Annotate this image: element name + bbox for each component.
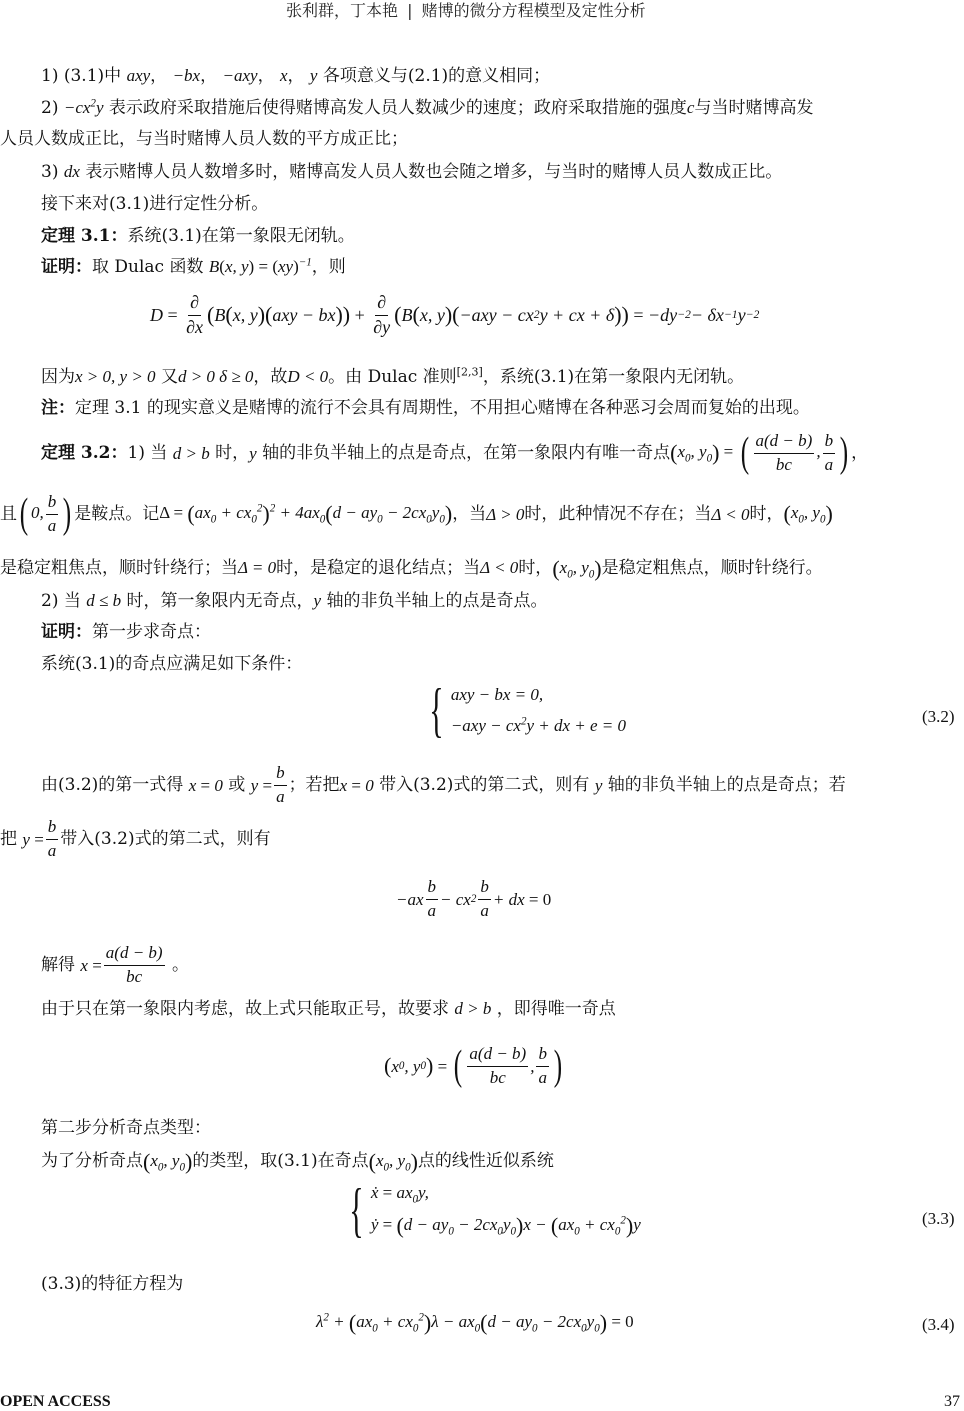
since-line: 由于只在第一象限内考虑，故上式只能取正号，故要求 d > b ，即得唯一奇点 [41,1000,616,1018]
theorem-3-1: 定理 3.1：系统(3.1)在第一象限无闭轨。 [41,228,355,245]
page-number: 37 [944,1394,960,1410]
item-3: 3) dx 表示赌博人员人数增多时，赌博高发人员人数也会随之增多，与当时的赌博人… [41,163,782,181]
equation-D: D = ∂∂x (B(x, y)(axy − bx)) + ∂∂y (B(x, … [150,290,759,340]
from-3-2-line2: 把 y =ba带入(3.2)式的第二式，则有 [0,814,271,864]
step-2: 第二步分析奇点类型： [41,1120,211,1137]
citation[interactable]: [2,3] [457,365,483,378]
equation-number-3-4: (3.4) [922,1316,955,1333]
equation-number-3-2: (3.2) [922,708,955,725]
header-title: 赌博的微分方程模型及定性分析 [422,1,646,20]
theorem-3-2-line3: 是稳定粗焦点，顺时针绕行；当Δ = 0时，是稳定的退化结点；当Δ < 0时，(x… [0,558,823,580]
substitution-equation: −axba − cx2ba + dx = 0 [396,874,551,924]
equation-3-4: λ2 + (ax0 + cx02)λ − ax0(d − ay0 − 2cx0y… [316,1312,634,1334]
equation-3-3: { ẋ = ax0y, ẏ = (d − ay0 − 2cx0y0)x − (a… [342,1180,641,1240]
note: 注：定理 3.1 的现实意义是赌博的流行不会具有周期性，不用担心赌博在各种恶习会… [41,400,810,417]
because-line: 因为x > 0, y > 0 又d > 0 δ ≥ 0，故D < 0。由 Dul… [41,368,744,386]
from-3-2-line1: 由(3.2)的第一式得 x = 0 或 y =ba；若把x = 0 带入(3.2… [41,760,846,810]
theorem-3-2-part2: 2) 当 d ≤ b 时，第一象限内无奇点，y 轴的非负半轴上的点是奇点。 [41,592,547,610]
header-separator: | [407,1,412,20]
linearization-line: 为了分析奇点(x0, y0)的类型，取(3.1)在奇点(x0, y0)点的线性近… [41,1151,554,1173]
solve-line: 解得 x =a(d − b)bc 。 [41,940,189,990]
header-authors: 张利群，丁本艳 [286,1,398,20]
system-condition: 系统(3.1)的奇点应满足如下条件： [41,656,302,673]
proof-1: 证明：取 Dulac 函数 B(x, y) = (xy)−1，则 [41,258,346,276]
item-2-cont: 人员人数成正比，与当时赌博人员人数的平方成正比； [0,131,408,148]
equation-number-3-3: (3.3) [922,1210,955,1227]
item-1: 1) (3.1)中 axy， −bx， −axy， x， y 各项意义与(2.1… [41,67,550,85]
proof-2: 证明：第一步求奇点： [41,624,211,641]
next-paragraph: 接下来对(3.1)进行定性分析。 [41,196,268,213]
characteristic-intro: (3.3)的特征方程为 [41,1276,183,1293]
footer-open-access: OPEN ACCESS [0,1394,111,1410]
theorem-3-2-line2: 且 (0,ba) 是鞍点。记 Δ = (ax0 + cx02)2 + 4ax0(… [0,494,833,534]
equation-3-2: { axy − bx = 0, −axy − cx2y + dx + e = 0 [422,680,626,740]
singular-point-equation: (x0, y0) = (a(d − b)bc,ba) [384,1038,565,1094]
running-header: 张利群，丁本艳 | 赌博的微分方程模型及定性分析 [286,3,646,19]
theorem-3-2-line1: 定理 3.2： 1) 当 d > b 时，y 轴的非负半轴上的点是奇点，在第一象… [41,428,868,478]
item-2: 2) −cx2y 表示政府采取措施后使得赌博高发人员人数减少的速度；政府采取措施… [41,99,813,117]
